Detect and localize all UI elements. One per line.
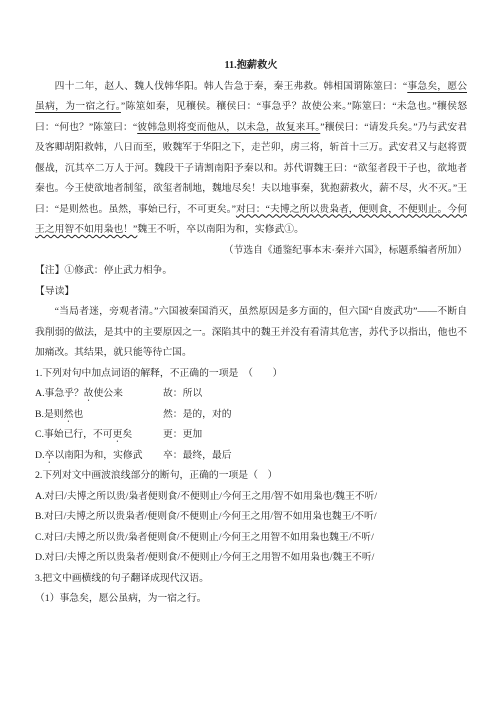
q1-option-b: B.是则然也 然：是的，对的: [35, 405, 467, 426]
q1-option-b-phrase: B.是则然也: [35, 405, 163, 426]
phrase-text: 以南阳为和，实修武: [54, 450, 142, 461]
q2-option-c: C.对曰/夫博之所以贵/枭者便则食/不便则止/今何王之用智不如用枭也魏王/不听/: [35, 528, 467, 549]
phrase-text: 也: [73, 409, 83, 420]
guide-label: 【导读】: [35, 282, 467, 303]
guide-paragraph: “当局者迷，旁观者清。”六国被秦国消灭，虽然原因是多方面的，但六国“自废武功”—…: [35, 302, 467, 364]
q1-option-c-phrase: C.事始已行，不可更矣: [35, 425, 163, 446]
option-label: C.: [35, 429, 44, 440]
dotted-word: 更: [113, 429, 123, 440]
q1-option-b-explanation: 然：是的，对的: [163, 405, 232, 426]
q2-option-d: D.对曰/夫博之所以贵枭者/便则食/不便则止/今何王之用智不如用枭也/魏王不听/: [35, 548, 467, 569]
question-3-stem: 3.把文中画横线的句子翻译成现代汉语。: [35, 569, 467, 590]
note-line: 【注】①修武：停止武力相争。: [35, 261, 467, 282]
q1-option-a-phrase: A.事急乎？故使公来: [35, 384, 163, 405]
passage-text: ”穰侯曰：“请发兵矣。”乃与武安君及客卿胡阳救韩，八日而至，败魏军于华阳之下，走…: [35, 122, 467, 215]
document-page: 11.抱薪救火 四十二年，赵人、魏人伐韩华阳。韩人告急于秦，秦王弗救。韩相国谓陈…: [0, 0, 500, 707]
passage-underlined-sentence-2: 彼韩急则将变而他从，以未急，故复来耳。: [137, 122, 320, 133]
passage-text: 魏王不听，卒以南阳为和，实修武①。: [137, 224, 304, 235]
dotted-word: 卒: [45, 450, 55, 461]
phrase-text: 是则: [44, 409, 64, 420]
q1-option-c-explanation: 更：更加: [163, 425, 202, 446]
option-label: B.: [35, 409, 44, 420]
phrase-text: 事始已行，不可: [44, 429, 113, 440]
q1-option-a: A.事急乎？故使公来 故：所以: [35, 384, 467, 405]
source-attribution: （节选自《通鉴纪事本末·秦并六国》，标题系编者所加）: [35, 241, 467, 262]
option-label: A.: [35, 388, 45, 399]
q1-option-a-explanation: 故：所以: [163, 384, 202, 405]
passage-text: 四十二年，赵人、魏人伐韩华阳。韩人告急于秦，秦王弗救。韩相国谓陈筮曰：“: [55, 81, 408, 92]
q1-option-d: D.卒以南阳为和，实修武 卒：最终，最后: [35, 446, 467, 467]
question-2-stem: 2.下列对文中画波浪线部分的断句，正确的一项是（ ）: [35, 466, 467, 487]
dotted-word: 故: [84, 388, 94, 399]
q1-option-d-phrase: D.卒以南阳为和，实修武: [35, 446, 163, 467]
phrase-text: 事急乎？: [45, 388, 84, 399]
note-text: ①修武：停止武力相争。: [64, 265, 172, 276]
option-label: D.: [35, 450, 45, 461]
note-label: 【注】: [35, 265, 64, 276]
question-1-stem: 1.下列对句中加点词语的解释，不正确的一项是 （ ）: [35, 364, 467, 385]
q2-option-b: B.对曰/夫博之所以贵枭者/便则食/不便则止/今何王之用/智不如用枭也魏王/不听…: [35, 507, 467, 528]
phrase-text: 矣: [122, 429, 132, 440]
q1-option-c: C.事始已行，不可更矣 更：更加: [35, 425, 467, 446]
q1-option-d-explanation: 卒：最终，最后: [163, 446, 232, 467]
dotted-word: 然: [64, 409, 74, 420]
classical-passage: 四十二年，赵人、魏人伐韩华阳。韩人告急于秦，秦王弗救。韩相国谓陈筮曰：“事急矣，…: [35, 77, 467, 241]
q3-translation-item-1: （1）事急矣，愿公虽病，为一宿之行。: [35, 589, 467, 610]
page-title: 11.抱薪救火: [35, 56, 467, 77]
phrase-text: 使公来: [94, 388, 123, 399]
q2-option-a: A.对曰/夫博之所以贵/枭者便则食/不便则止/今何王之用/智不如用枭也/魏王不听…: [35, 487, 467, 508]
